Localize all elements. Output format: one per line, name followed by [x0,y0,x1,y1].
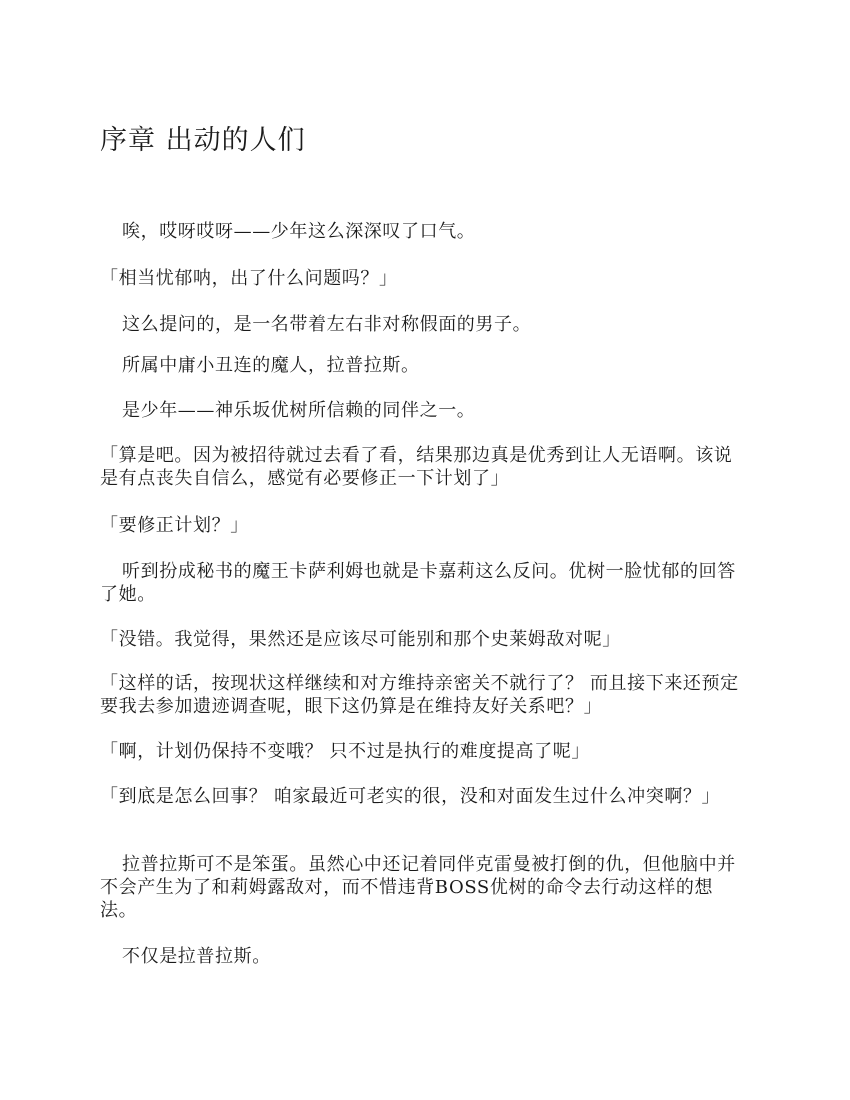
paragraph: 「相当忧郁呐，出了什么问题吗？」 [100,267,750,290]
chapter-title: 序章 出动的人们 [100,118,306,157]
paragraph: 不仅是拉普拉斯。 [100,945,750,968]
paragraph: 「这样的话，按现状这样继续和对方维持亲密关不就行了？ 而且接下来还预定要我去参加… [100,672,750,718]
paragraph: 这么提问的，是一名带着左右非对称假面的男子。 [100,313,750,336]
paragraph: 所属中庸小丑连的魔人，拉普拉斯。 [100,354,750,377]
paragraph: 拉普拉斯可不是笨蛋。虽然心中还记着同伴克雷曼被打倒的仇，但他脑中并不会产生为了和… [100,853,750,922]
paragraph: 「算是吧。因为被招待就过去看了看，结果那边真是优秀到让人无语啊。该说是有点丧失自… [100,444,750,490]
paragraph: 「要修正计划？」 [100,514,750,537]
paragraph: 「啊，计划仍保持不变哦？ 只不过是执行的难度提高了呢」 [100,740,750,763]
paragraph: 是少年——神乐坂优树所信赖的同伴之一。 [100,399,750,422]
paragraph: 唉，哎呀哎呀——少年这么深深叹了口气。 [100,220,750,243]
paragraph: 「没错。我觉得，果然还是应该尽可能别和那个史莱姆敌对呢」 [100,628,750,651]
paragraph: 听到扮成秘书的魔王卡萨利姆也就是卡嘉莉这么反问。优树一脸忧郁的回答了她。 [100,560,750,606]
paragraph: 「到底是怎么回事？ 咱家最近可老实的很，没和对面发生过什么冲突啊？」 [100,785,750,808]
